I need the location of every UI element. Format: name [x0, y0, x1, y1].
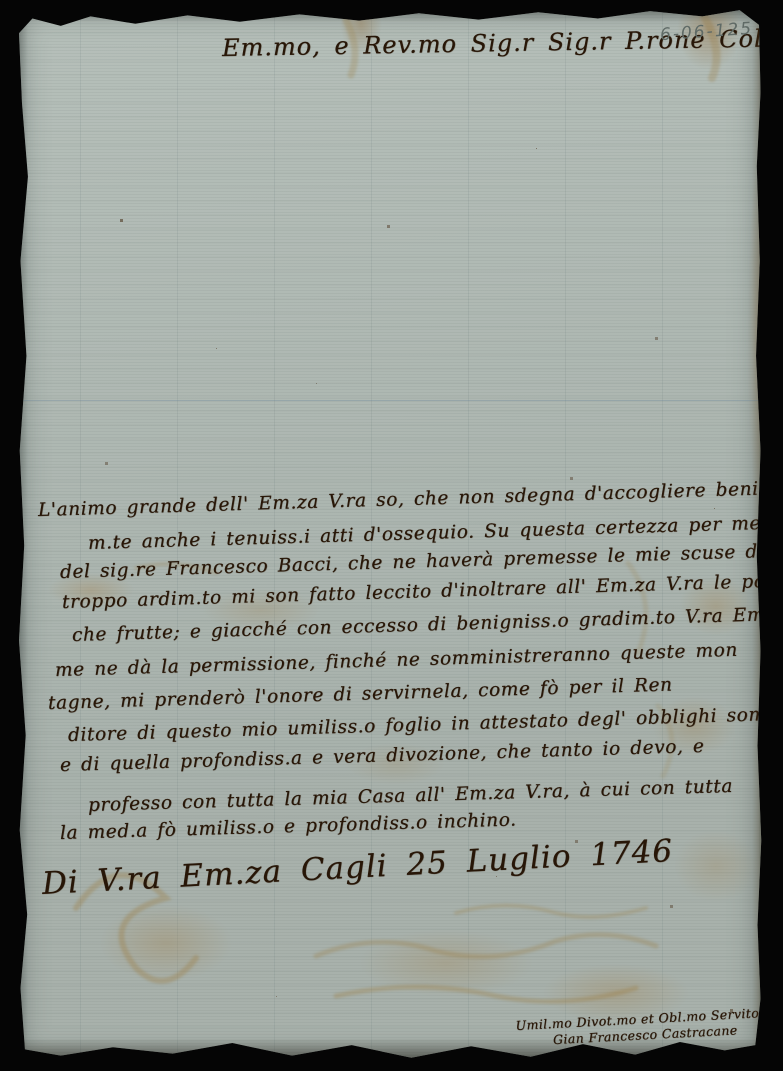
scanned-letter: Em.mo, e Rev.mo Sig.r Sig.r P.rone Col.m… — [0, 0, 783, 1071]
paper-specks — [16, 8, 17, 9]
paper-sheet: Em.mo, e Rev.mo Sig.r Sig.r P.rone Col.m… — [16, 8, 762, 1062]
letter-body-line: tagne, mi prenderò l'onore di servirnela… — [48, 674, 673, 714]
signature-block: Umil.mo Divot.mo et Obl.mo Servitore Gia… — [515, 1005, 774, 1050]
letter-body-line: professo con tutta la mia Casa all' Em.z… — [88, 776, 734, 816]
letter-dateline: Di V.ra Em.za Cagli 25 Luglio 1746 — [41, 833, 674, 902]
fold-line — [16, 400, 762, 401]
letter-body-line: che frutte; e giacché con eccesso di ben… — [72, 604, 783, 646]
letter-body-line: L'animo grande dell' Em.za V.ra so, che … — [38, 478, 783, 521]
